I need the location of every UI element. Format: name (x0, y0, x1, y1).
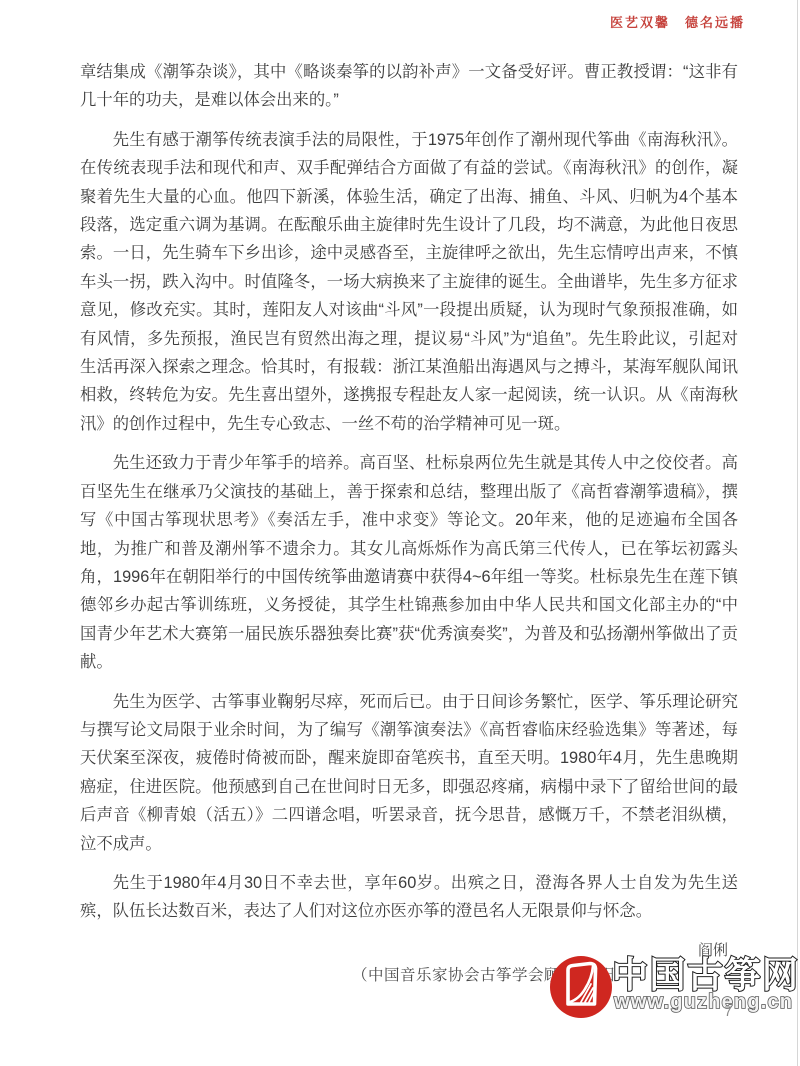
guzheng-site-watermark: 中国古筝网 www.guzheng.cn (548, 952, 800, 1022)
page-number: 7 (724, 1003, 732, 1019)
attribution-text-left: （中国音乐家协会古筝学会顾 (352, 963, 560, 985)
paragraph: 先生还致力于青少年筝手的培养。高百坚、杜标泉两位先生就是其传人中之佼佼者。高百坚… (80, 449, 738, 676)
document-page: { "header": { "slogan": "医艺双馨 德名远播" }, "… (0, 0, 800, 1066)
watermark-site-url: www.guzheng.cn (613, 991, 792, 1013)
paragraph: 先生有感于潮筝传统表演手法的局限性，于1975年创作了潮州现代筝曲《南海秋汛》。… (80, 126, 738, 438)
paragraph: 章结集成《潮筝杂谈》，其中《略谈秦筝的以韵补声》一文备受好评。曹正教授谓：“这非… (80, 58, 738, 115)
paragraph: 先生为医学、古筝事业鞠躬尽瘁，死而后已。由于日间诊务繁忙，医学、筝乐理论研究与撰… (80, 688, 738, 858)
paragraph: 先生于1980年4月30日不幸去世，享年60岁。出殡之日，澄海各界人士自发为先生… (80, 869, 738, 926)
watermark-site-name: 中国古筝网 (612, 954, 798, 995)
guzheng-logo-icon (550, 956, 612, 1018)
article-body: 章结集成《潮筝杂谈》，其中《略谈秦筝的以韵补声》一文备受好评。曹正教授谓：“这非… (80, 58, 738, 965)
page-edge-line (797, 0, 798, 1066)
header-slogan: 医艺双馨 德名远播 (610, 12, 745, 31)
